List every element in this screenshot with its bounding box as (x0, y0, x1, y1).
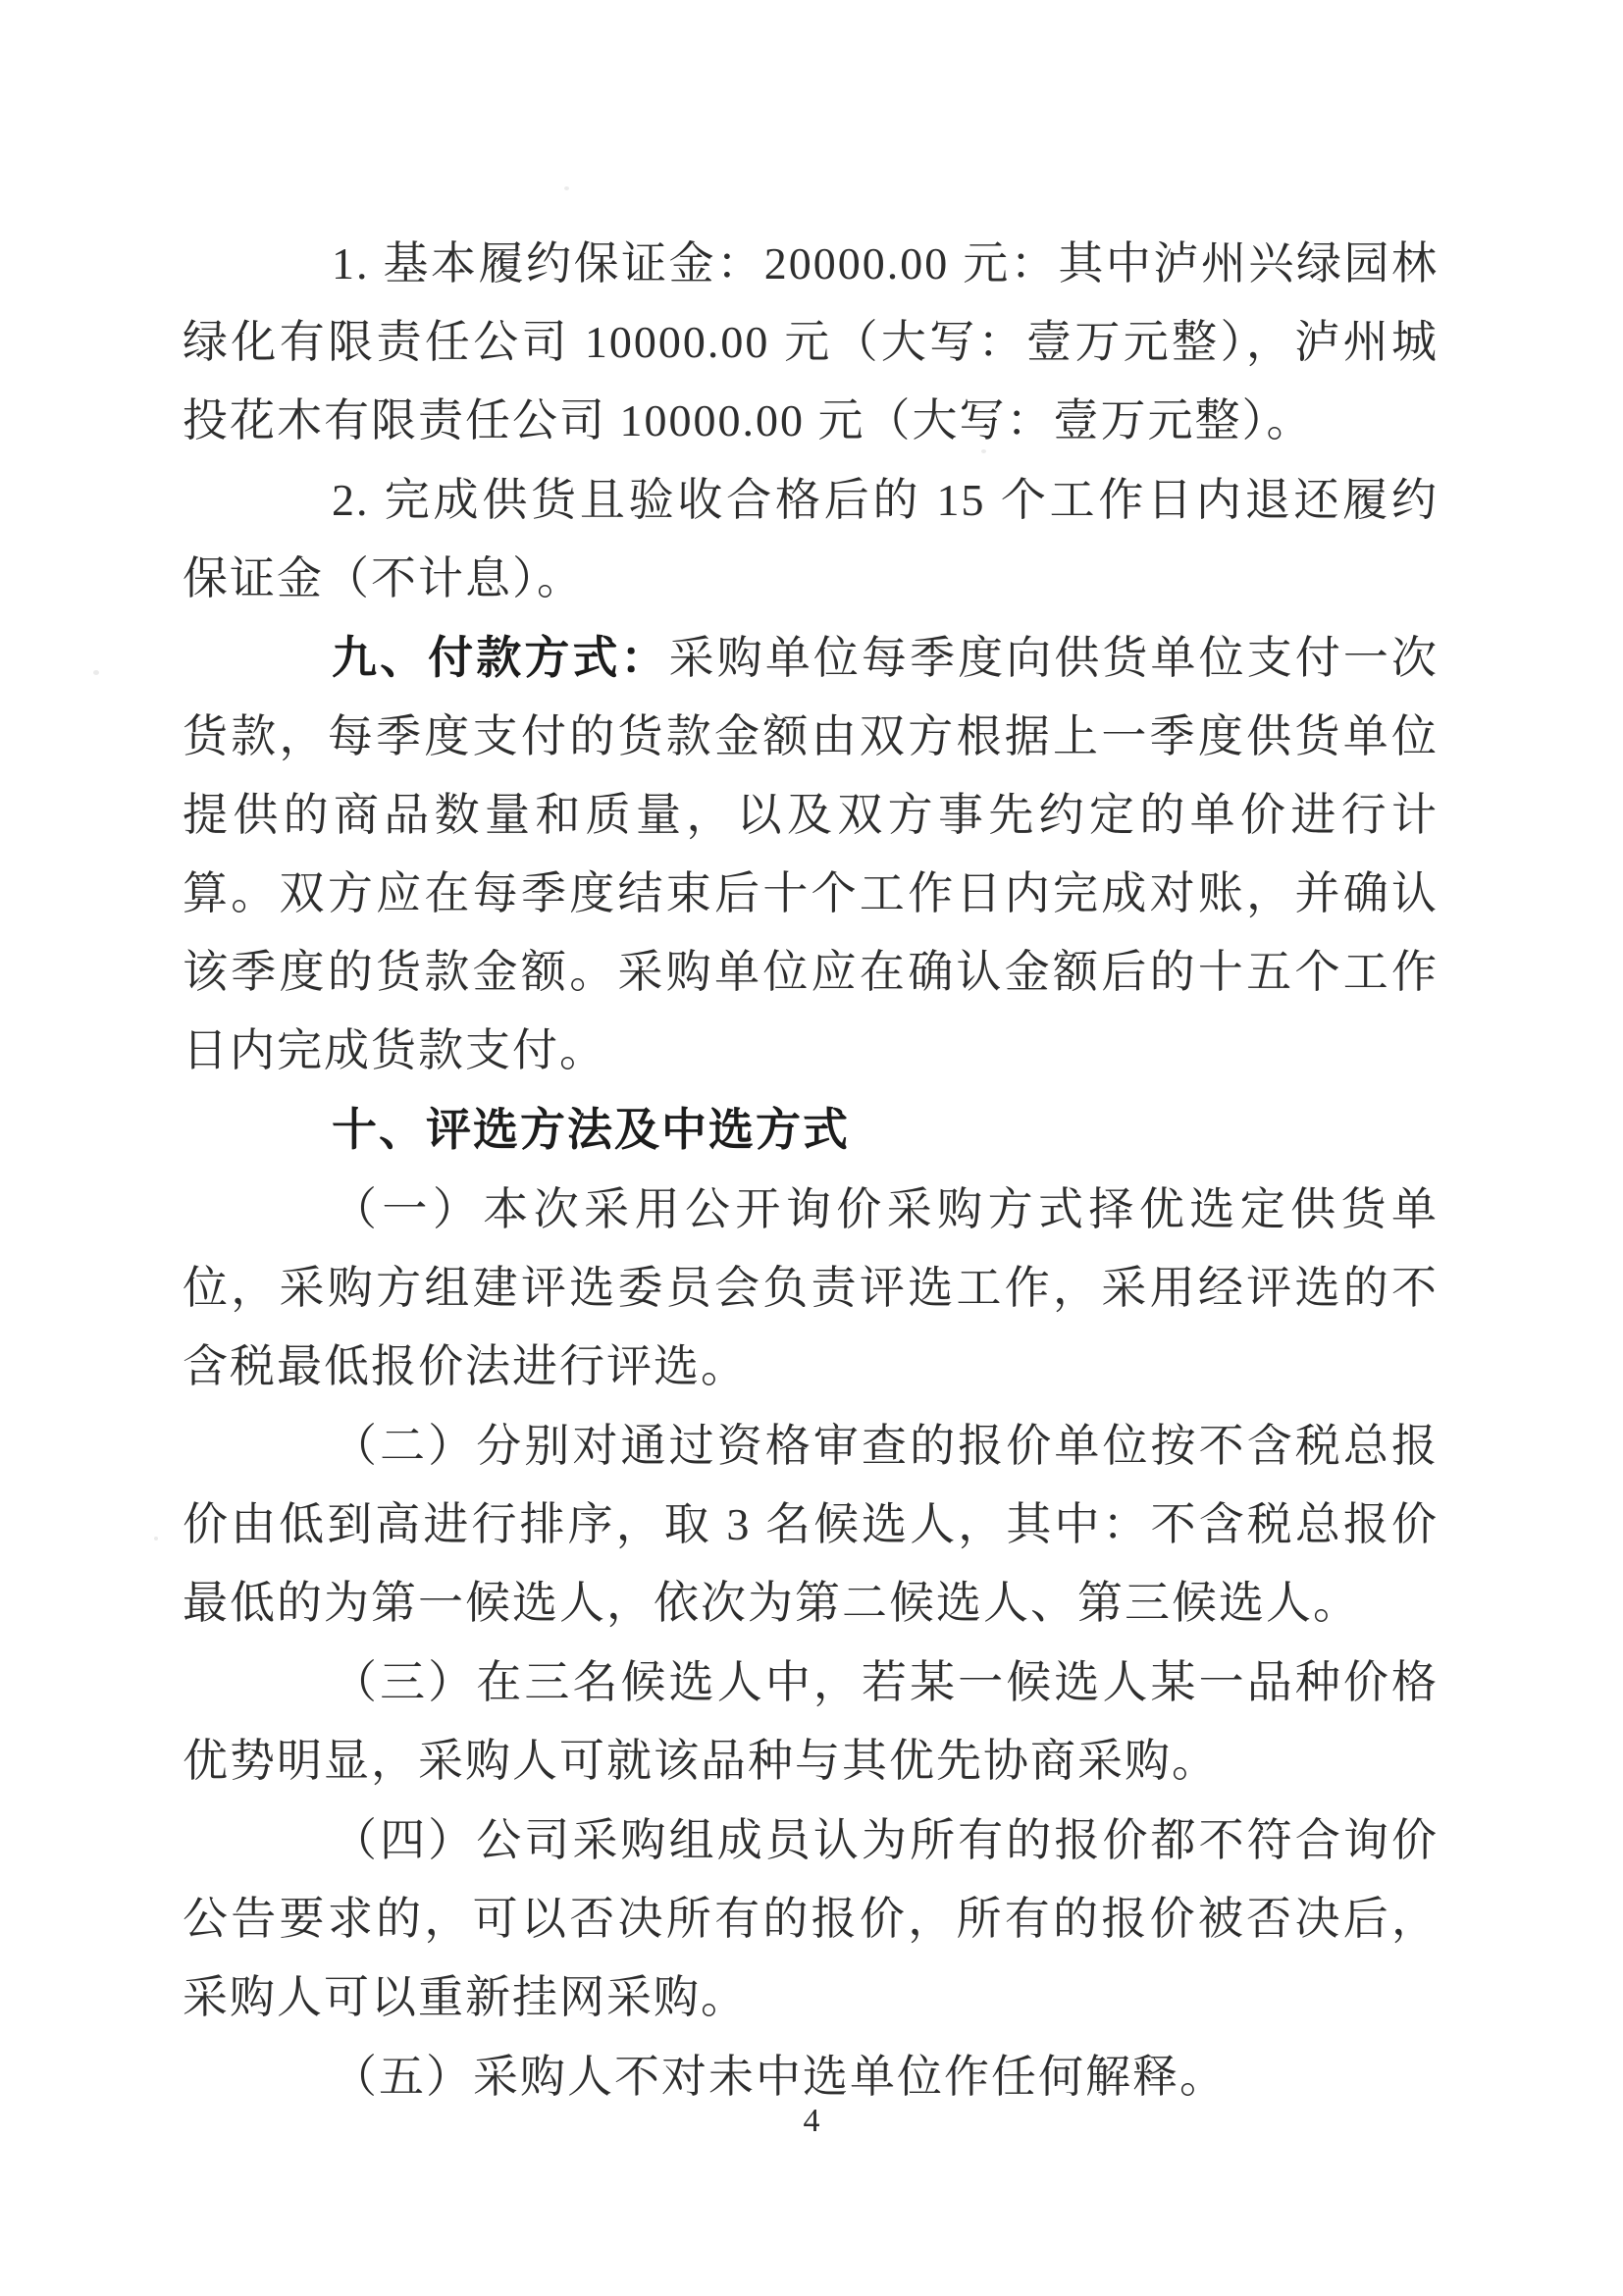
paragraph-text: （五）采购人不对未中选单位作任何解释。 (332, 2052, 1227, 2102)
paragraph-text: 采购单位每季度向供货单位支付一次货款，每季度支付的货款金额由双方根据上一季度供货… (183, 633, 1439, 1075)
paragraph-text: 2. 完成供货且验收合格后的 15 个工作日内退还履约保证金（不计息）。 (183, 475, 1439, 603)
paragraph-selection-item-3: （三）在三名候选人中，若某一候选人某一品种价格优势明显，采购人可就该品种与其优先… (183, 1643, 1439, 1800)
section-heading-ten-row: 十、评选方法及中选方式 (183, 1090, 1439, 1170)
paragraph-text: （三）在三名候选人中，若某一候选人某一品种价格优势明显，采购人可就该品种与其优先… (183, 1657, 1439, 1786)
scan-speck (564, 186, 569, 190)
section-heading-nine: 九、付款方式： (332, 632, 669, 683)
page-number: 4 (0, 2102, 1623, 2141)
paragraph-selection-item-2: （二）分别对通过资格审查的报价单位按不含税总报价由低到高进行排序，取 3 名候选… (183, 1406, 1439, 1643)
paragraph-deposit-basic: 1. 基本履约保证金：20000.00 元：其中泸州兴绿园林绿化有限责任公司 1… (183, 224, 1439, 460)
scan-speck (93, 670, 99, 675)
paragraph-text: （四）公司采购组成员认为所有的报价都不符合询价公告要求的，可以否决所有的报价，所… (183, 1815, 1439, 2022)
document-page: 1. 基本履约保证金：20000.00 元：其中泸州兴绿园林绿化有限责任公司 1… (0, 0, 1623, 2296)
paragraph-payment-method: 九、付款方式：采购单位每季度向供货单位支付一次货款，每季度支付的货款金额由双方根… (183, 618, 1439, 1090)
scan-speck (154, 1537, 158, 1540)
paragraph-selection-item-1: （一）本次采用公开询价采购方式择优选定供货单位，采购方组建评选委员会负责评选工作… (183, 1170, 1439, 1406)
section-heading-ten: 十、评选方法及中选方式 (332, 1104, 850, 1155)
paragraph-text: （二）分别对通过资格审查的报价单位按不含税总报价由低到高进行排序，取 3 名候选… (183, 1421, 1439, 1628)
paragraph-text: 1. 基本履约保证金：20000.00 元：其中泸州兴绿园林绿化有限责任公司 1… (183, 238, 1439, 445)
paragraph-deposit-refund: 2. 完成供货且验收合格后的 15 个工作日内退还履约保证金（不计息）。 (183, 460, 1439, 618)
text-block: 1. 基本履约保证金：20000.00 元：其中泸州兴绿园林绿化有限责任公司 1… (183, 224, 1439, 2116)
paragraph-selection-item-4: （四）公司采购组成员认为所有的报价都不符合询价公告要求的，可以否决所有的报价，所… (183, 1800, 1439, 2037)
paragraph-text: （一）本次采用公开询价采购方式择优选定供货单位，采购方组建评选委员会负责评选工作… (183, 1184, 1439, 1391)
